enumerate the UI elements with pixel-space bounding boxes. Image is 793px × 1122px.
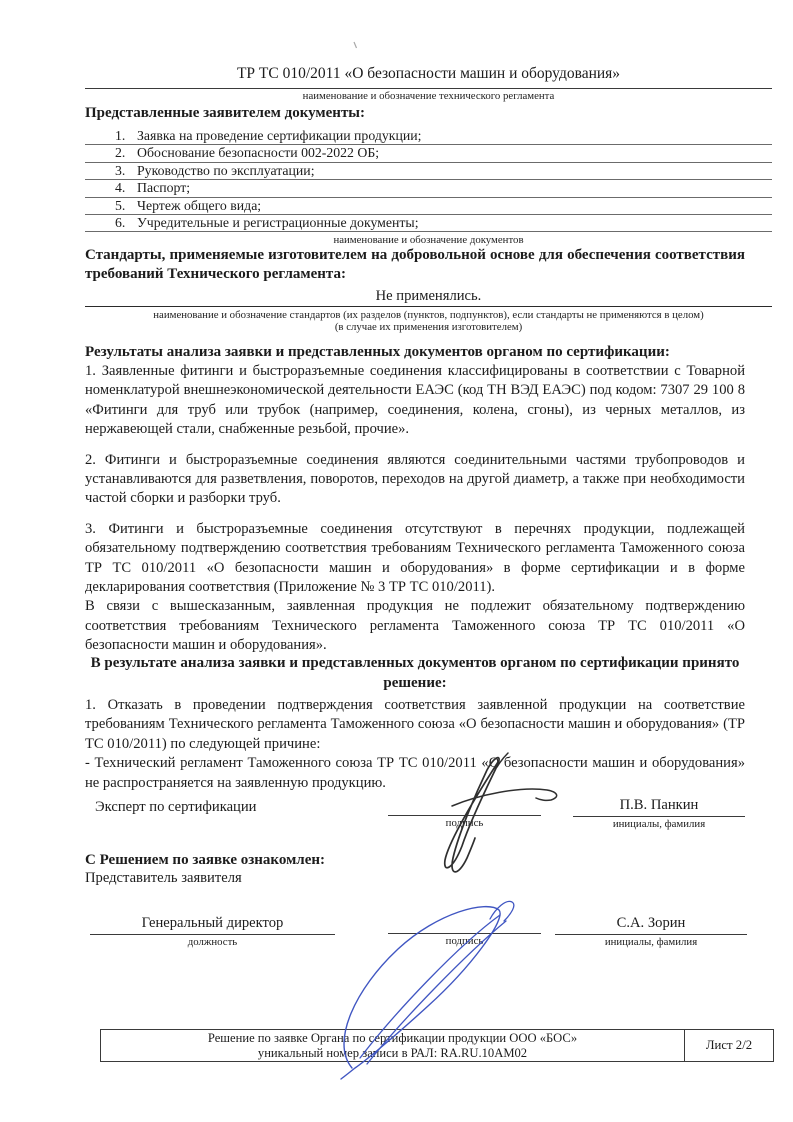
document-list-item: 3.Руководство по эксплуатации; xyxy=(85,163,772,180)
standards-caption-1: наименование и обозначение стандартов (и… xyxy=(85,309,772,322)
sign-caption: подпись xyxy=(388,934,541,948)
analysis-paragraph-4: В связи с вышесказанным, заявленная прод… xyxy=(85,597,745,655)
item-number: 5. xyxy=(115,198,137,215)
acknowledgement-heading: С Решением по заявке ознакомлен: xyxy=(85,851,325,869)
item-text: Чертеж общего вида; xyxy=(137,198,261,213)
footer-sheet-cell: Лист 2/2 xyxy=(684,1030,773,1061)
representative-role: Генеральный директор xyxy=(90,914,335,935)
regulation-title: ТР ТС 010/2011 «О безопасности машин и о… xyxy=(85,62,772,89)
standards-section: Стандарты, применяемые изготовителем на … xyxy=(85,246,772,334)
document-list-item: 6.Учредительные и регистрационные докуме… xyxy=(85,215,772,232)
representative-name: С.А. Зорин xyxy=(555,914,747,935)
standards-heading: Стандарты, применяемые изготовителем на … xyxy=(85,246,745,285)
name-caption: инициалы, фамилия xyxy=(573,817,745,831)
documents-heading: Представленные заявителем документы: xyxy=(85,104,772,122)
expert-role-label: Эксперт по сертификации xyxy=(95,799,256,816)
regulation-caption: наименование и обозначение технического … xyxy=(85,90,772,103)
acknowledgement-section: С Решением по заявке ознакомлен: Предста… xyxy=(85,851,325,888)
signature-line xyxy=(388,914,541,934)
acknowledgement-subheading: Представитель заявителя xyxy=(85,869,325,888)
representative-signature-row: Генеральный директор должность подпись С… xyxy=(85,914,772,964)
item-number: 6. xyxy=(115,215,137,232)
standards-caption-2: (в случае их применения изготовителем) xyxy=(85,321,772,334)
scan-noise-mark xyxy=(354,42,357,48)
decision-heading: В результате анализа заявки и представле… xyxy=(85,654,745,693)
name-caption: инициалы, фамилия xyxy=(555,935,747,949)
footer-line-1: Решение по заявке Органа по сертификации… xyxy=(101,1031,684,1046)
sign-caption: подпись xyxy=(388,816,541,830)
analysis-section: Результаты анализа заявки и представленн… xyxy=(85,342,745,656)
decision-paragraph-1: 1. Отказать в проведении подтверждения с… xyxy=(85,696,745,754)
representative-name-field: С.А. Зорин инициалы, фамилия xyxy=(555,914,747,949)
expert-signature-row: Эксперт по сертификации подпись П.В. Пан… xyxy=(85,796,772,846)
expert-name-field: П.В. Панкин инициалы, фамилия xyxy=(573,796,745,831)
analysis-paragraph-1: 1. Заявленные фитинги и быстроразъемные … xyxy=(85,362,745,440)
expert-sign-field: подпись xyxy=(388,796,541,830)
documents-caption: наименование и обозначение документов xyxy=(85,234,772,247)
item-number: 2. xyxy=(115,145,137,162)
item-text: Обоснование безопасности 002-2022 ОБ; xyxy=(137,145,379,160)
documents-section: Представленные заявителем документы: 1.З… xyxy=(85,104,772,247)
item-number: 1. xyxy=(115,128,137,145)
decision-section: В результате анализа заявки и представле… xyxy=(85,654,745,793)
decision-paragraph-2: - Технический регламент Таможенного союз… xyxy=(85,754,745,793)
footer-table: Решение по заявке Органа по сертификации… xyxy=(100,1029,774,1062)
item-text: Руководство по эксплуатации; xyxy=(137,163,315,178)
representative-role-field: Генеральный директор должность xyxy=(90,914,335,949)
item-text: Паспорт; xyxy=(137,180,190,195)
analysis-paragraph-3: 3. Фитинги и быстроразъемные соединения … xyxy=(85,520,745,598)
expert-name: П.В. Панкин xyxy=(573,796,745,817)
scanned-certification-decision-page: { "header": { "regulation_title": "ТР ТС… xyxy=(0,0,793,1122)
signature-line xyxy=(388,796,541,816)
item-text: Заявка на проведение сертификации продук… xyxy=(137,128,421,143)
document-list-item: 1.Заявка на проведение сертификации прод… xyxy=(85,128,772,145)
item-number: 4. xyxy=(115,180,137,197)
item-number: 3. xyxy=(115,163,137,180)
footer-org-cell: Решение по заявке Органа по сертификации… xyxy=(101,1031,684,1060)
footer-line-2: уникальный номер записи в РАЛ: RA.RU.10A… xyxy=(101,1046,684,1061)
document-list-item: 2.Обоснование безопасности 002-2022 ОБ; xyxy=(85,145,772,162)
document-header: ТР ТС 010/2011 «О безопасности машин и о… xyxy=(85,62,772,103)
role-caption: должность xyxy=(90,935,335,949)
item-text: Учредительные и регистрационные документ… xyxy=(137,215,419,230)
analysis-heading: Результаты анализа заявки и представленн… xyxy=(85,342,745,362)
standards-value: Не применялись. xyxy=(85,288,772,307)
representative-sign-field: подпись xyxy=(388,914,541,948)
document-list-item: 4.Паспорт; xyxy=(85,180,772,197)
analysis-paragraph-2: 2. Фитинги и быстроразъемные соединения … xyxy=(85,451,745,509)
document-list-item: 5.Чертеж общего вида; xyxy=(85,198,772,215)
